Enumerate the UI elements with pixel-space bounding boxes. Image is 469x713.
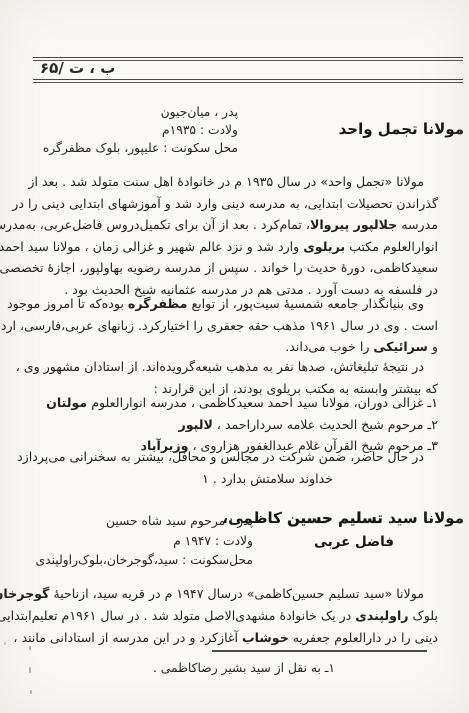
paragraph-line: انوارالعلوم مکتب بریلوی وارد شد و نزد عا… [36, 236, 438, 258]
paragraph-line: سعیدکاظمی، دورهٔ حدیث را خواند . سپس از … [36, 257, 438, 279]
entry1-residence: محل سکونت : علیپور، بلوک مظفرگره [43, 139, 238, 157]
footnote-text: ۱ـ به نقل از سید بشیر رضاکاظمی . [153, 661, 335, 675]
footnote-rule [212, 650, 427, 652]
entry1-info-block: پدر ، میان‌جیون ولادت : ۱۹۳۵م محل سکونت … [43, 103, 238, 157]
paragraph-line: مولانا «سید تسلیم حسین‌کاظمی» درسال ۱۹۴۷… [36, 583, 438, 605]
paragraph-line: دینی را در دارالعلوم جعفریه خوشاب آغازکر… [36, 627, 438, 649]
section-page-label: ب ، ت /۶۵ [40, 59, 115, 77]
entry2-father: پدر : مرحوم سید شاه حسین [35, 512, 253, 532]
header-rule-bottom [33, 79, 463, 83]
scanned-book-page: ب ، ت /۶۵ مولانا تجمل واحد پدر ، میان‌جی… [0, 0, 469, 713]
paragraph-line: خداوند سلامتش بدارد . ۱ [36, 468, 438, 490]
paragraph-line: مولانا «تجمل واحد» در سال ۱۹۳۵ م در خانو… [36, 171, 438, 193]
entry1-father: پدر ، میان‌جیون [43, 103, 238, 121]
entry2-heading: مولانا سید تسلیم حسین کاظمی، [222, 509, 464, 527]
entry2-birth: ولادت : ۱۹۴۷ م [35, 532, 253, 552]
paragraph-line: بلوک راولپندی در یک خانوادهٔ مشهدی‌الاصل… [36, 605, 438, 627]
paragraph-line: گذراندن تحصیلات ابتدایی، به مدرسه دینی و… [36, 193, 438, 215]
scan-artifact [30, 690, 32, 694]
entry2-subheading: فاضل عربی [314, 534, 394, 550]
scan-artifact [4, 642, 6, 645]
entry1-birth: ولادت : ۱۹۳۵م [43, 121, 238, 139]
paragraph-line: مدرسه جلالپور پیروالا، تمام‌کرد . بعد از… [36, 214, 438, 236]
paragraph-line: است . وی در سال ۱۹۶۱ مذهب حقه جعفری را ا… [36, 315, 438, 337]
entry1-paragraph-2: وی بنیانگذار جامعه شمسیهٔ سیت‌پور، از تو… [36, 293, 438, 358]
scan-artifact [29, 646, 31, 650]
paragraph-line: در نتیجهٔ تبلیغاتش، صدها نفر به مذهب شیع… [36, 356, 438, 378]
list-item-line: ۲ـ مرحوم شیخ الحدیث علامه سرداراحمد ، لا… [36, 414, 438, 436]
paragraph-line: و سرائیکی را خوب می‌داند. [36, 336, 438, 358]
paragraph-line: در حال حاضر، ضمن شرکت در مجالس و محافل، … [36, 446, 438, 468]
list-item-line: ۱ـ غزالی دوران، مولانا سید احمد سعیدکاظم… [36, 392, 438, 414]
entry1-paragraph-1: مولانا «تجمل واحد» در سال ۱۹۳۵ م در خانو… [36, 171, 438, 300]
entry1-heading: مولانا تجمل واحد [339, 120, 464, 138]
entry2-residence: محل‌سکونت : سید،گوجرخان،بلوک‌راولپندی [35, 551, 253, 571]
paragraph-line: وی بنیانگذار جامعه شمسیهٔ سیت‌پور، از تو… [36, 293, 438, 315]
entry2-info-block: پدر : مرحوم سید شاه حسین ولادت : ۱۹۴۷ م … [35, 512, 253, 571]
scan-artifact [29, 667, 31, 673]
entry1-paragraph-4: در حال حاضر، ضمن شرکت در مجالس و محافل، … [36, 446, 438, 489]
entry2-paragraph-1: مولانا «سید تسلیم حسین‌کاظمی» درسال ۱۹۴۷… [36, 583, 438, 649]
